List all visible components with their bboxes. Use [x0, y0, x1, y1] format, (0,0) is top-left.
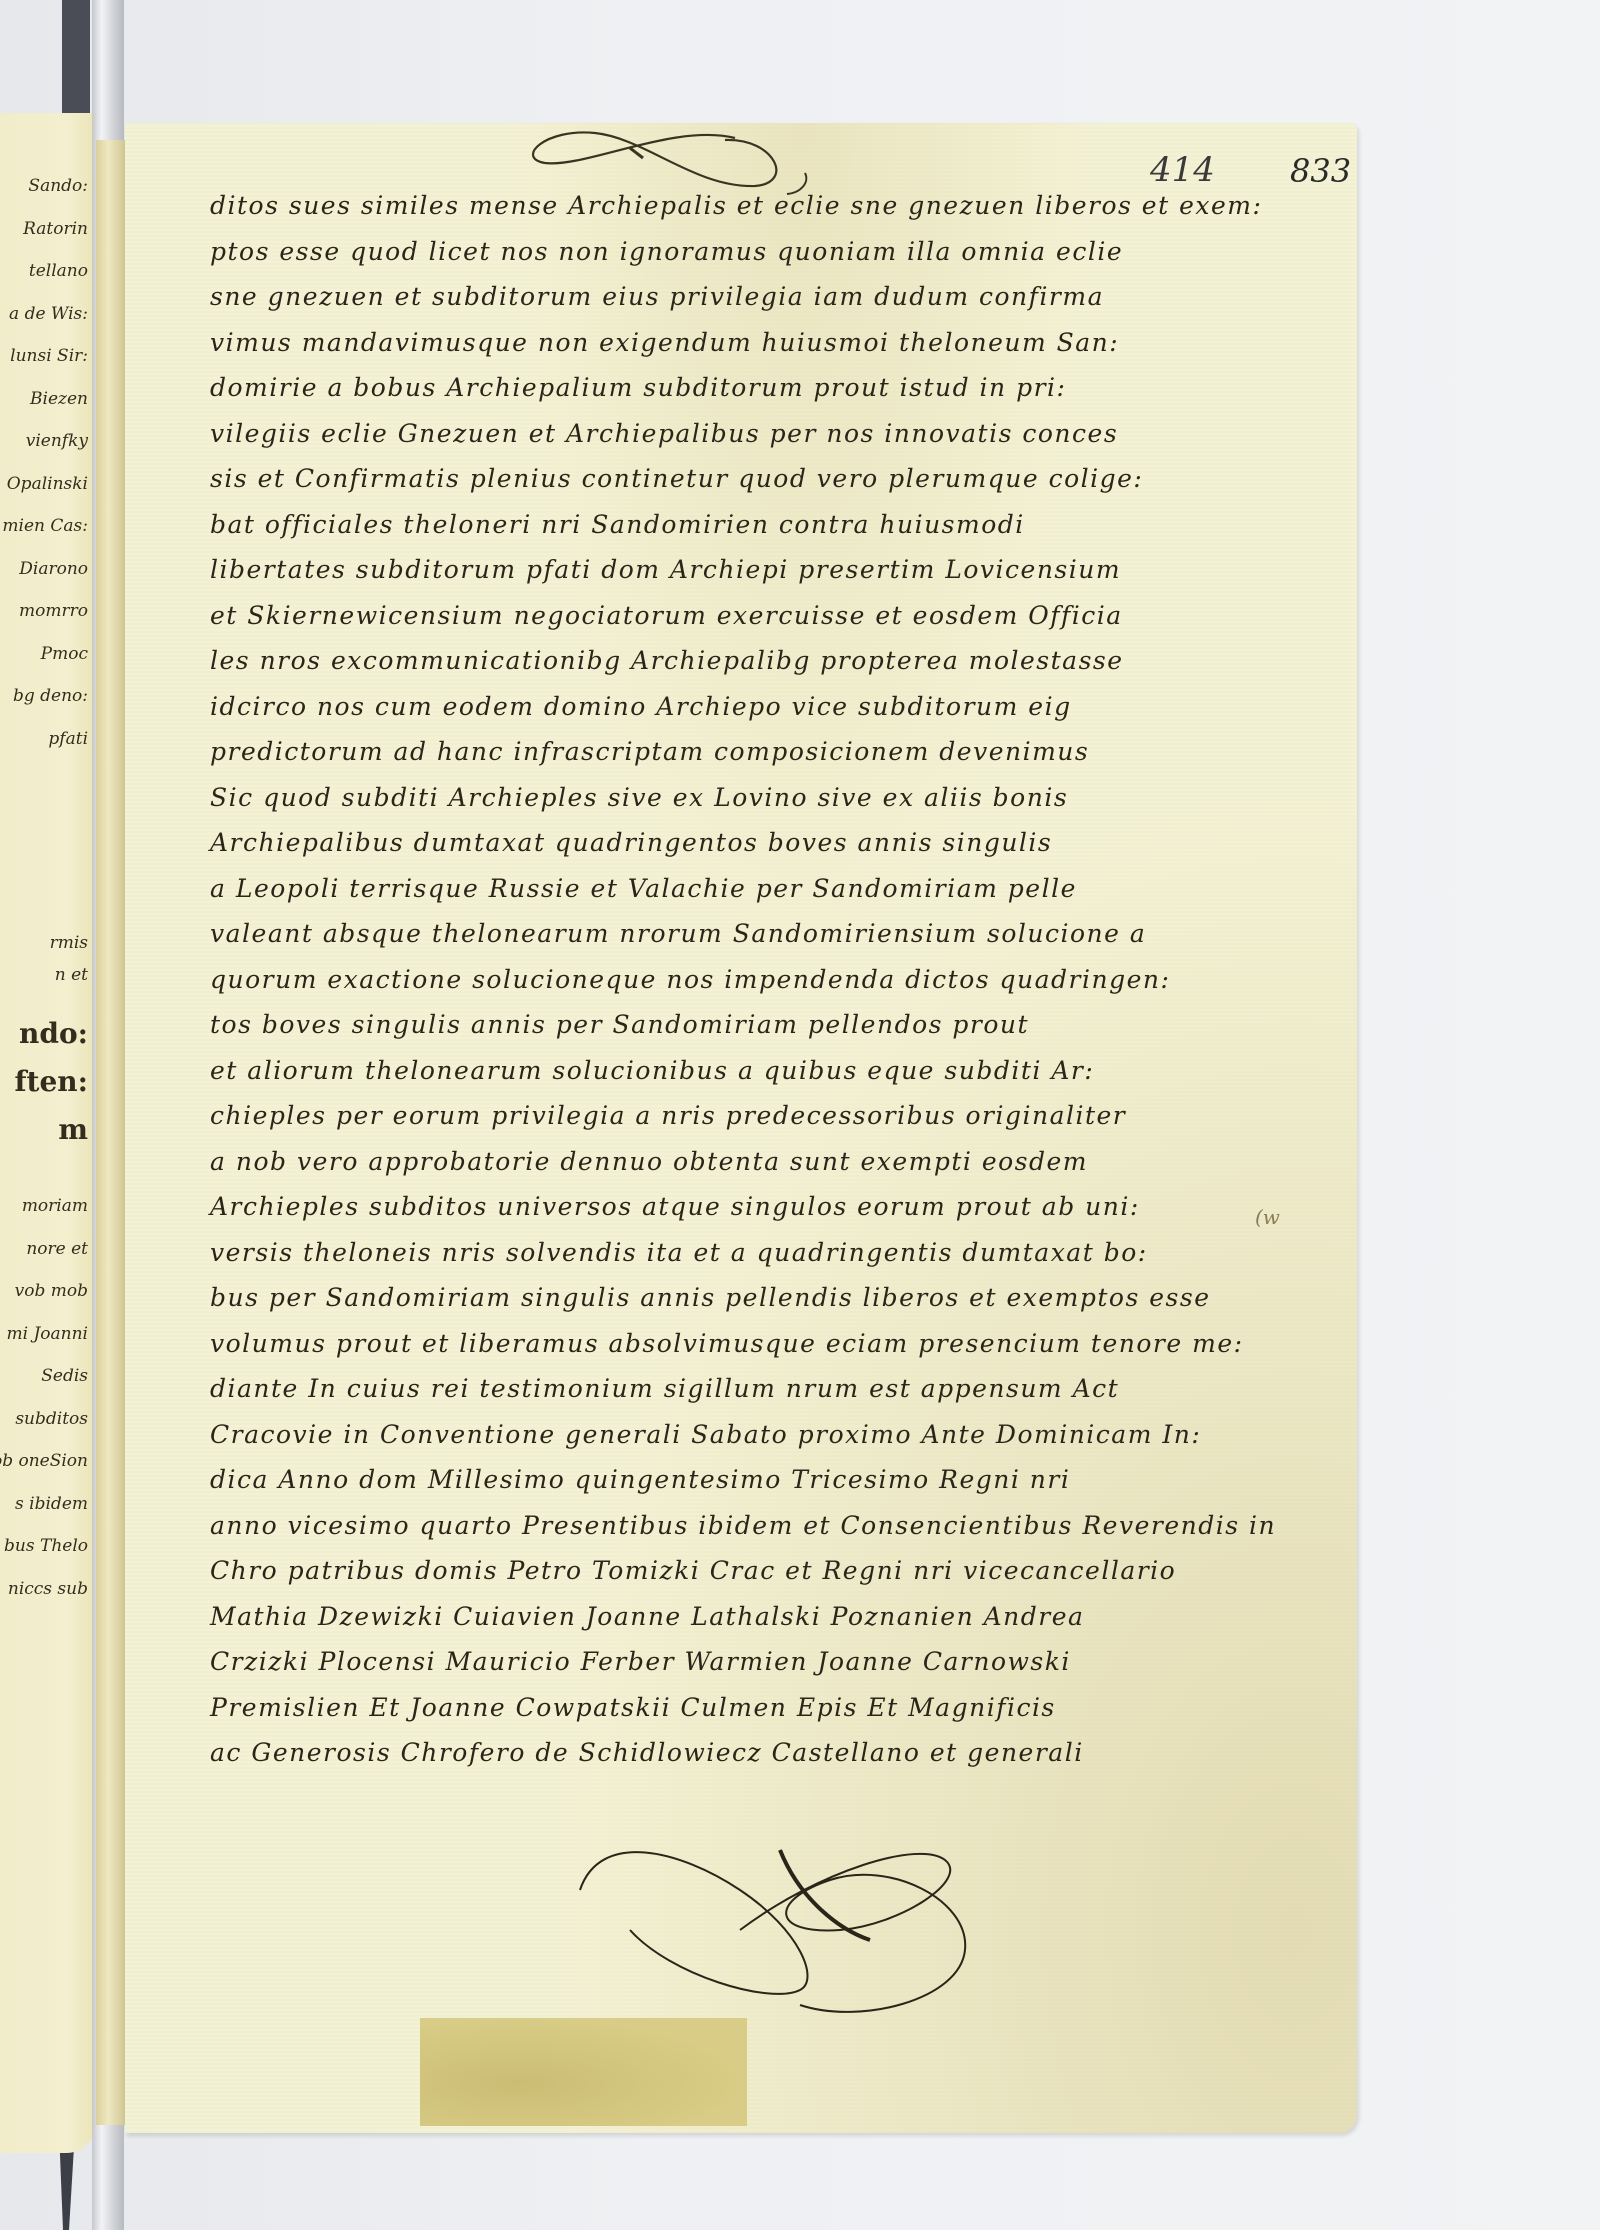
- manuscript-line: Sic quod subditi Archieples sive ex Lovi…: [210, 785, 1068, 810]
- left-margin-text: Pmoc: [41, 646, 88, 663]
- manuscript-line: versis theloneis nris solvendis ita et a…: [210, 1240, 1148, 1265]
- bottom-flourish-icon: [570, 1840, 990, 2020]
- left-margin-text: moriam: [22, 1198, 88, 1215]
- left-margin-text: bg deno:: [13, 688, 88, 705]
- manuscript-line: vimus mandavimusque non exigendum huiusm…: [210, 330, 1119, 355]
- left-margin-text: Biezen: [30, 391, 88, 408]
- manuscript-line: a nob vero approbatorie dennuo obtenta s…: [210, 1149, 1088, 1174]
- manuscript-line: Crzizki Plocensi Mauricio Ferber Warmien…: [210, 1649, 1071, 1674]
- folio-number-old: 833: [1290, 152, 1351, 190]
- manuscript-line: libertates subditorum pfati dom Archiepi…: [210, 557, 1121, 582]
- left-margin-text: niccs sub: [8, 1581, 88, 1598]
- manuscript-line: sne gnezuen et subditorum eius privilegi…: [210, 284, 1104, 309]
- manuscript-line: ptos esse quod licet nos non ignoramus q…: [210, 239, 1123, 264]
- left-margin-text: nore et: [26, 1241, 88, 1258]
- manuscript-line: ac Generosis Chrofero de Schidlowiecz Ca…: [210, 1740, 1084, 1765]
- left-margin-text: ften:: [15, 1068, 89, 1096]
- left-margin-text: Diarono: [19, 561, 88, 578]
- manuscript-line: domirie a bobus Archiepalium subditorum …: [210, 375, 1066, 400]
- left-margin-text: ndo:: [19, 1020, 88, 1048]
- manuscript-line: et aliorum thelonearum solucionibus a qu…: [210, 1058, 1094, 1083]
- manuscript-line: tos boves singulis annis per Sandomiriam…: [210, 1012, 1029, 1037]
- manuscript-line: Archieples subditos universos atque sing…: [210, 1194, 1140, 1219]
- manuscript-line: bus per Sandomiriam singulis annis pelle…: [210, 1285, 1211, 1310]
- manuscript-line: ditos sues similes mense Archiepalis et …: [210, 193, 1262, 218]
- page-gutter: [96, 140, 126, 2125]
- manuscript-line: chieples per eorum privilegia a nris pre…: [210, 1103, 1126, 1128]
- manuscript-line: Chro patribus domis Petro Tomizki Crac e…: [210, 1558, 1176, 1583]
- left-margin-text: Ratorin: [23, 221, 88, 238]
- left-margin-text: Sedis: [41, 1368, 88, 1385]
- left-margin-text: bus Thelo: [4, 1538, 88, 1555]
- conservation-tape: [420, 2018, 747, 2126]
- left-margin-text: n et: [55, 967, 88, 984]
- manuscript-line: diante In cuius rei testimonium sigillum…: [210, 1376, 1119, 1401]
- manuscript-line: Cracovie in Conventione generali Sabato …: [210, 1422, 1201, 1447]
- manuscript-line: Archiepalibus dumtaxat quadringentos bov…: [210, 830, 1052, 855]
- left-margin-text: m: [58, 1116, 88, 1144]
- left-margin-text: vienfky: [26, 433, 88, 450]
- left-margin-text: Opalinski: [7, 476, 88, 493]
- manuscript-line: anno vicesimo quarto Presentibus ibidem …: [210, 1513, 1276, 1538]
- left-margin-text: a de Wis:: [9, 306, 88, 323]
- left-margin-text: mi Joanni: [7, 1326, 88, 1343]
- left-margin-text: s ibidem: [15, 1496, 88, 1513]
- left-margin-text: vob mob: [15, 1283, 88, 1300]
- left-margin-text: ob oneSion: [0, 1453, 88, 1470]
- left-page-fragment: Sando:Ratorintellanoa de Wis:lunsi Sir:B…: [0, 113, 96, 2153]
- manuscript-line: valeant absque thelonearum nrorum Sandom…: [210, 921, 1146, 946]
- manuscript-line: sis et Confirmatis plenius continetur qu…: [210, 466, 1143, 491]
- top-flourish-icon: [525, 128, 805, 198]
- manuscript-line: quorum exactione solucioneque nos impend…: [210, 967, 1170, 992]
- left-margin-text: pfati: [48, 731, 88, 748]
- left-margin-text: mien Cas:: [2, 518, 88, 535]
- left-margin-text: rmis: [50, 935, 88, 952]
- manuscript-line: et Skiernewicensium negociatorum exercui…: [210, 603, 1123, 628]
- manuscript-line: les nros excommunicationibg Archiepalibg…: [210, 648, 1124, 673]
- manuscript-line: Mathia Dzewizki Cuiavien Joanne Lathalsk…: [210, 1604, 1084, 1629]
- manuscript-line: bat officiales theloneri nri Sandomirien…: [210, 512, 1025, 537]
- left-margin-text: subditos: [15, 1411, 88, 1428]
- folio-number: 414: [1150, 150, 1215, 190]
- manuscript-line: idcirco nos cum eodem domino Archiepo vi…: [210, 694, 1072, 719]
- manuscript-line: a Leopoli terrisque Russie et Valachie p…: [210, 876, 1077, 901]
- manuscript-line: vilegiis eclie Gnezuen et Archiepalibus …: [210, 421, 1118, 446]
- margin-mark: (w: [1255, 1205, 1280, 1229]
- manuscript-line: Premislien Et Joanne Cowpatskii Culmen E…: [210, 1695, 1056, 1720]
- left-margin-text: lunsi Sir:: [10, 348, 88, 365]
- manuscript-line: dica Anno dom Millesimo quingentesimo Tr…: [210, 1467, 1070, 1492]
- manuscript-line: predictorum ad hanc infrascriptam compos…: [210, 739, 1089, 764]
- left-margin-text: tellano: [29, 263, 88, 280]
- left-margin-text: Sando:: [28, 178, 88, 195]
- manuscript-line: volumus prout et liberamus absolvimusque…: [210, 1331, 1244, 1356]
- left-margin-text: momrro: [19, 603, 88, 620]
